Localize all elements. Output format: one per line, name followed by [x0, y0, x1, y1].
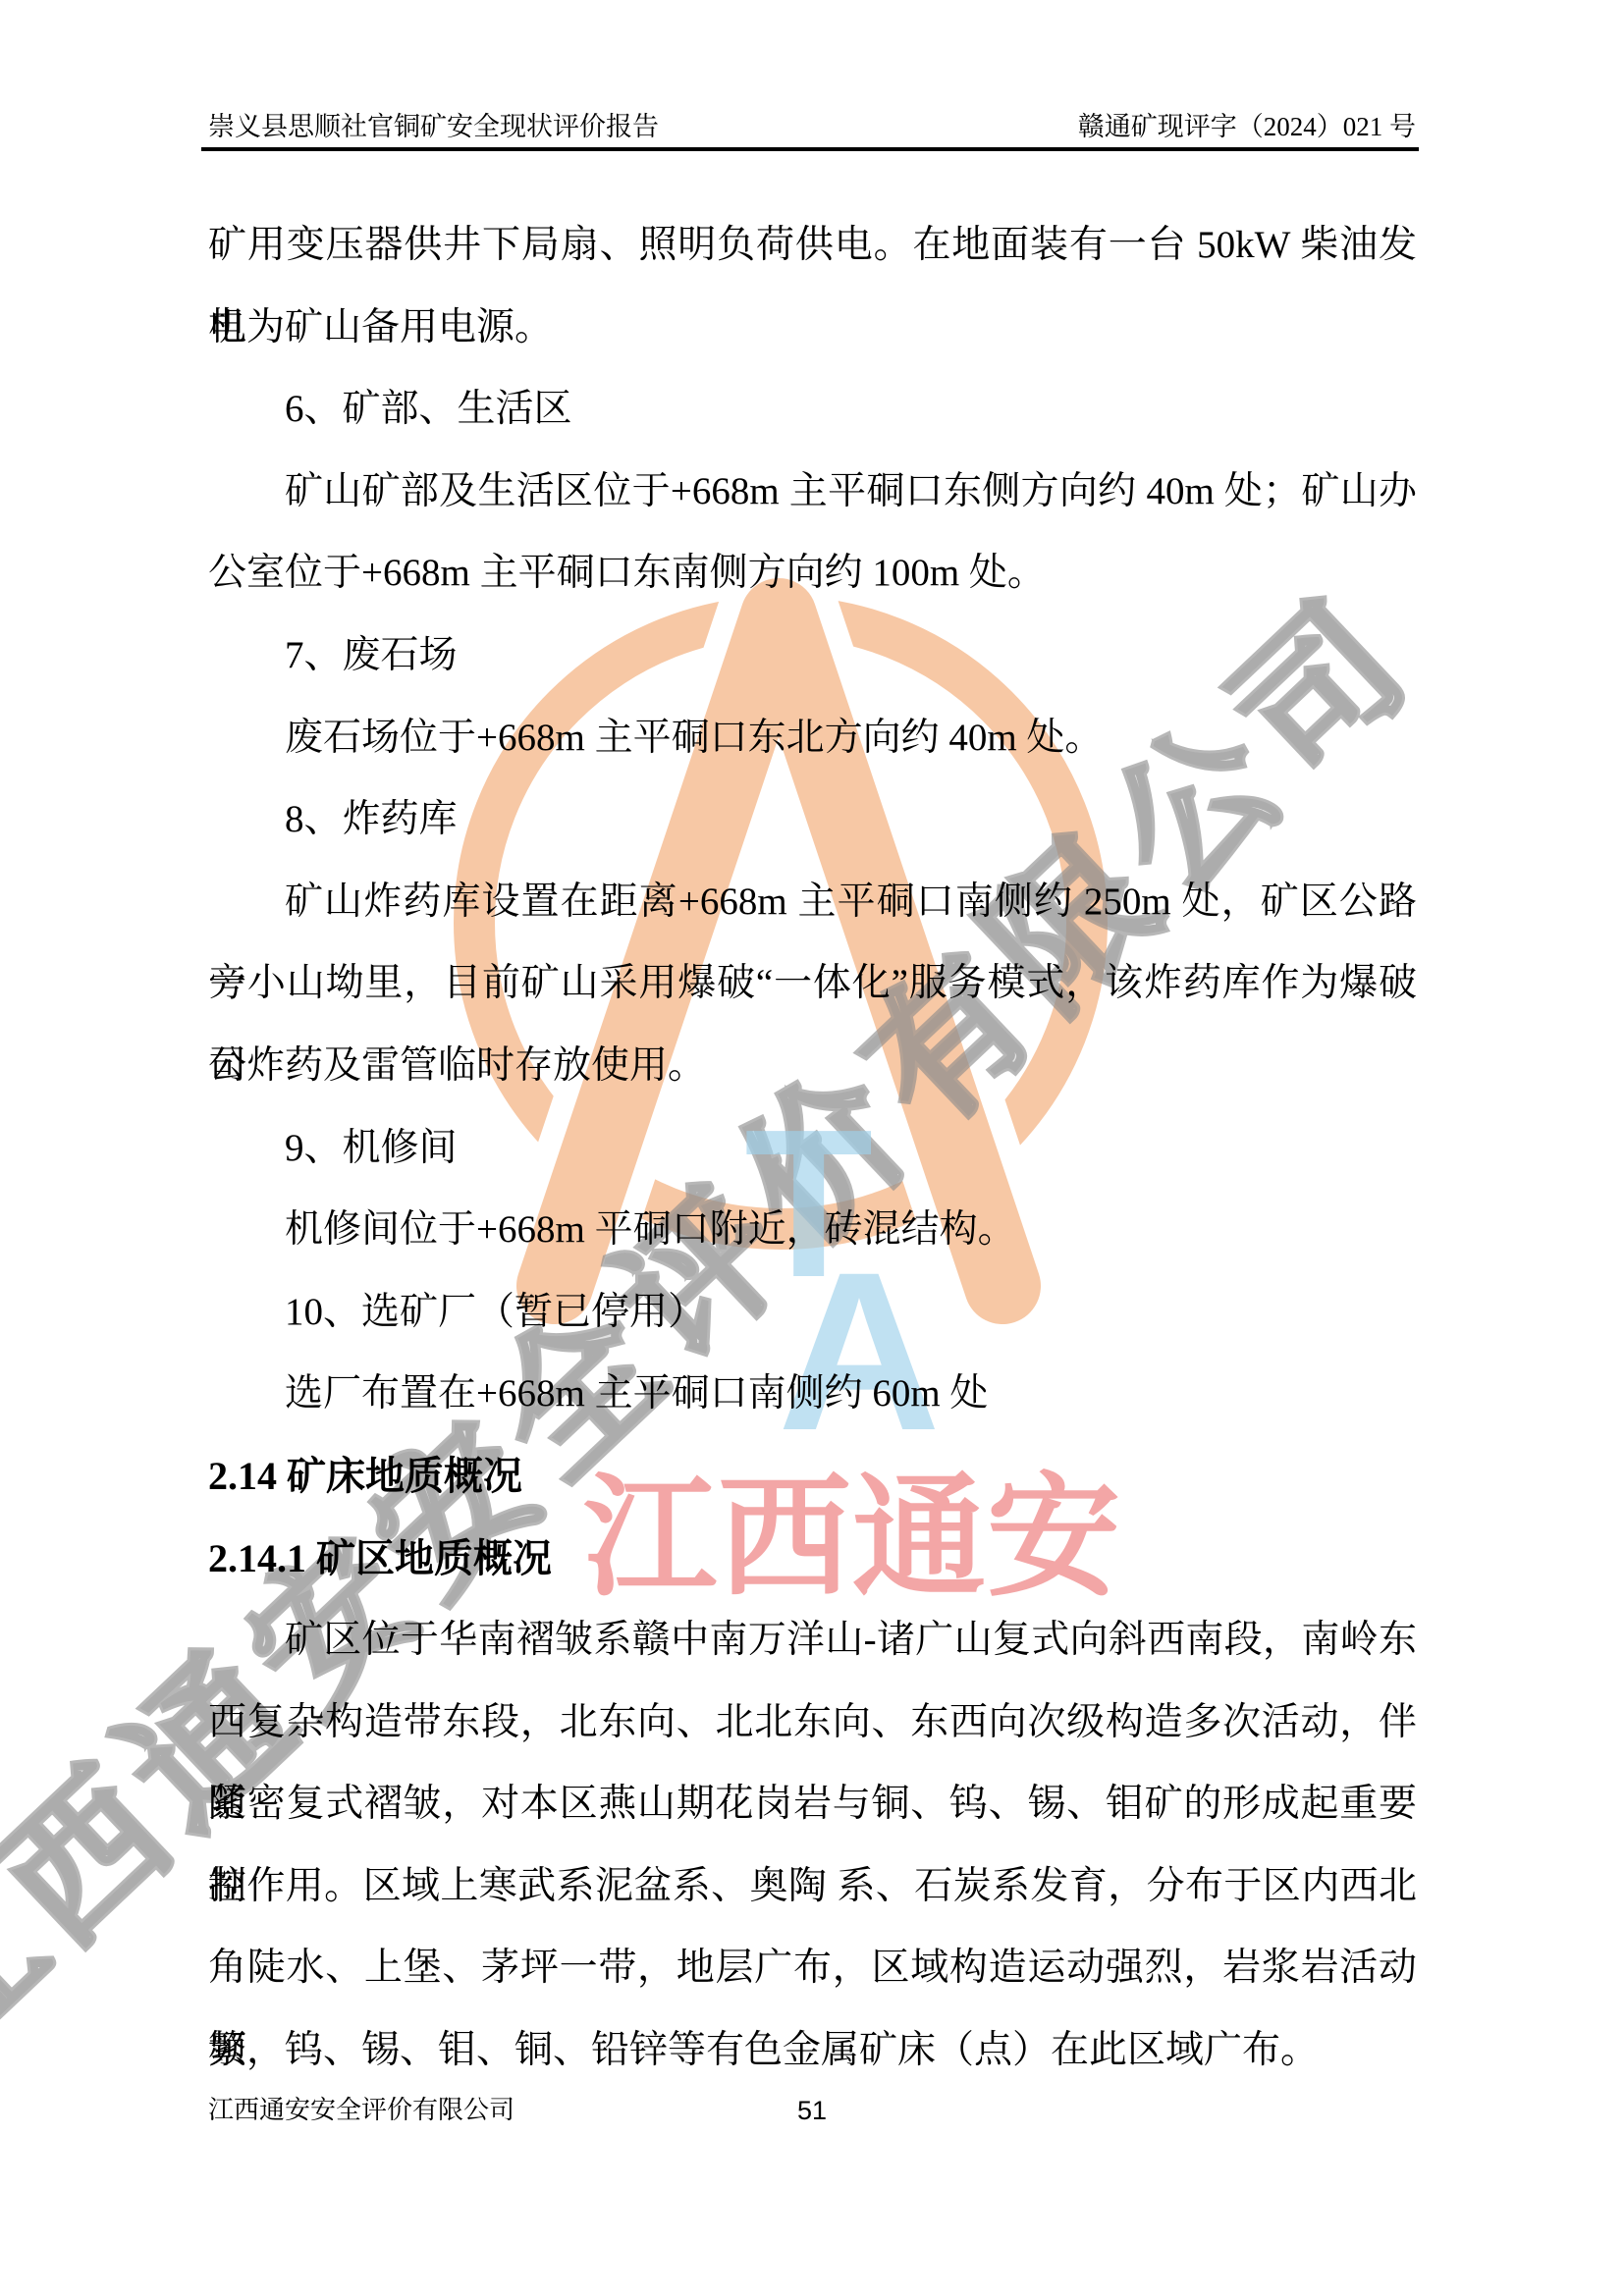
- text-line: 选厂布置在+668m 主平硐口南侧约 60m 处: [208, 1353, 1417, 1435]
- text-line: 8、炸药库: [208, 778, 1417, 861]
- section-heading: 2.14.1 矿区地质概况: [208, 1518, 1417, 1600]
- text-line: 废石场位于+668m 主平硐口东北方向约 40m 处。: [208, 697, 1417, 779]
- text-line: 公室位于+668m 主平硐口东南侧方向约 100m 处。: [208, 532, 1417, 614]
- text-line: 西复杂构造带东段，北东向、北北东向、东西向次级构造多次活动，伴随: [208, 1682, 1417, 1764]
- text-line: 9、机修间: [208, 1107, 1417, 1190]
- text-line: 繁，钨、锡、钼、铜、铅锌等有色金属矿床（点）在此区域广布。: [208, 2009, 1417, 2092]
- text-line: 矿区位于华南褶皱系赣中南万洋山-诸广山复式向斜西南段，南岭东: [208, 1599, 1417, 1682]
- text-line: 10、选矿厂（暂已停用）: [208, 1271, 1417, 1354]
- text-line: 7、废石场: [208, 614, 1417, 697]
- text-line: 角陡水、上堡、茅坪一带，地层广布，区域构造运动强烈，岩浆岩活动频: [208, 1927, 1417, 2009]
- text-line: 矿山矿部及生活区位于+668m 主平硐口东侧方向约 40m 处；矿山办: [208, 451, 1417, 533]
- text-line: 6、矿部、生活区: [208, 368, 1417, 451]
- text-line: 矿用变压器供井下局扇、照明负荷供电。在地面装有一台 50kW 柴油发电: [208, 204, 1417, 287]
- document-body: 矿用变压器供井下局扇、照明负荷供电。在地面装有一台 50kW 柴油发电机为矿山备…: [208, 204, 1417, 2092]
- document-page: 江西通安安全评价有限公司 T A 江西通安 崇义县思顺社官铜矿安全现状评价报告 …: [0, 0, 1624, 2296]
- text-line: 制作用。区域上寒武系泥盆系、奥陶 系、石炭系发育，分布于区内西北: [208, 1845, 1417, 1928]
- text-line: 机修间位于+668m 平硐口附近，砖混结构。: [208, 1189, 1417, 1271]
- text-line: 紧密复式褶皱，对本区燕山期花岗岩与铜、钨、锡、钼矿的形成起重要控: [208, 1763, 1417, 1845]
- header-document-number: 赣通矿现评字（2024）021 号: [1078, 110, 1416, 143]
- header-report-title: 崇义县思顺社官铜矿安全现状评价报告: [208, 110, 659, 143]
- text-line: 机为矿山备用电源。: [208, 287, 1417, 369]
- text-line: 一小山坳里，目前矿山采用爆破“一体化”服务模式，该炸药库作为爆破公: [208, 942, 1417, 1025]
- text-line: 矿山炸药库设置在距离+668m 主平硐口南侧约 250m 处，矿区公路旁: [208, 861, 1417, 943]
- text-line: 司炸药及雷管临时存放使用。: [208, 1025, 1417, 1107]
- section-heading: 2.14 矿床地质概况: [208, 1435, 1417, 1518]
- page-number: 51: [0, 2093, 1624, 2128]
- header-rule: [201, 147, 1419, 151]
